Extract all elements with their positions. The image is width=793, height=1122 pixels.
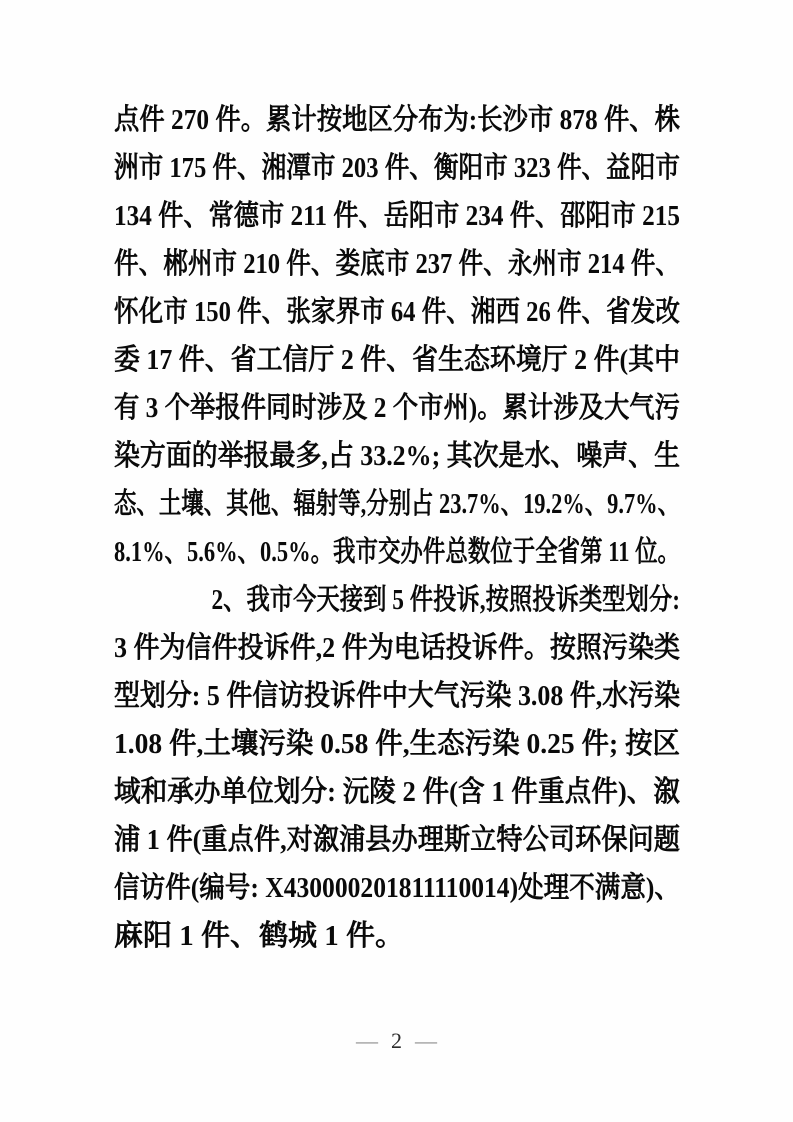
text-line-content: 委 17 件、省工信厅 2 件、省生态环境厅 2 件(其中 [114,336,680,384]
text-line: 信访件(编号: X430000201811110014)处理不满意)、 [114,864,680,912]
text-line: 型划分: 5 件信访投诉件中大气污染 3.08 件,水污染 [114,672,680,720]
text-line: 染方面的举报最多,占 33.2%; 其次是水、噪声、生 [114,432,680,480]
text-line-content: 134 件、常德市 211 件、岳阳市 234 件、邵阳市 215 [114,192,680,240]
text-line-content: 型划分: 5 件信访投诉件中大气污染 3.08 件,水污染 [114,672,680,720]
text-line: 134 件、常德市 211 件、岳阳市 234 件、邵阳市 215 [114,192,680,240]
text-line: 3 件为信件投诉件,2 件为电话投诉件。按照污染类 [114,624,680,672]
text-line-content: 浦 1 件(重点件,对溆浦县办理斯立特公司环保问题 [114,816,680,864]
page-footer: —2— [0,1026,793,1056]
text-line: 1.08 件,土壤污染 0.58 件,生态污染 0.25 件; 按区 [114,720,680,768]
text-line: 态、土壤、其他、辐射等,分别占 23.7%、19.2%、9.7%、 [114,480,680,528]
text-line-paragraph-start: 2、我市今天接到 5 件投诉,按照投诉类型划分: [114,576,680,624]
text-line: 洲市 175 件、湘潭市 203 件、衡阳市 323 件、益阳市 [114,144,680,192]
text-line: 浦 1 件(重点件,对溆浦县办理斯立特公司环保问题 [114,816,680,864]
text-line-content: 洲市 175 件、湘潭市 203 件、衡阳市 323 件、益阳市 [114,144,680,192]
document-body: 点件 270 件。累计按地区分布为:长沙市 878 件、株 洲市 175 件、湘… [114,96,680,960]
text-line-content: 态、土壤、其他、辐射等,分别占 23.7%、19.2%、9.7%、 [114,480,680,528]
text-line-content: 3 件为信件投诉件,2 件为电话投诉件。按照污染类 [114,624,680,672]
text-line-content: 域和承办单位划分: 沅陵 2 件(含 1 件重点件)、溆 [114,768,680,816]
text-line-content: 怀化市 150 件、张家界市 64 件、湘西 26 件、省发改 [114,288,680,336]
text-line: 委 17 件、省工信厅 2 件、省生态环境厅 2 件(其中 [114,336,680,384]
text-line: 点件 270 件。累计按地区分布为:长沙市 878 件、株 [114,96,680,144]
text-line-content: 信访件(编号: X430000201811110014)处理不满意)、 [114,864,680,912]
text-line: 8.1%、5.6%、0.5%。我市交办件总数位于全省第 11 位。 [114,528,680,576]
text-line: 件、郴州市 210 件、娄底市 237 件、永州市 214 件、 [114,240,680,288]
text-line: 域和承办单位划分: 沅陵 2 件(含 1 件重点件)、溆 [114,768,680,816]
text-line-content: 染方面的举报最多,占 33.2%; 其次是水、噪声、生 [114,432,680,480]
text-line-content: 点件 270 件。累计按地区分布为:长沙市 878 件、株 [114,96,680,144]
text-line: 有 3 个举报件同时涉及 2 个市州)。累计涉及大气污 [114,384,680,432]
footer-dash-right: — [415,1028,437,1053]
page-number: 2 [391,1028,402,1053]
text-line-content: 8.1%、5.6%、0.5%。我市交办件总数位于全省第 11 位。 [114,528,680,576]
text-line-content: 2、我市今天接到 5 件投诉,按照投诉类型划分: [168,576,680,624]
footer-dash-left: — [356,1028,378,1053]
document-page: 点件 270 件。累计按地区分布为:长沙市 878 件、株 洲市 175 件、湘… [0,0,793,1122]
text-line: 怀化市 150 件、张家界市 64 件、湘西 26 件、省发改 [114,288,680,336]
text-line-paragraph-end: 麻阳 1 件、鹤城 1 件。 [114,912,680,960]
text-line-content: 件、郴州市 210 件、娄底市 237 件、永州市 214 件、 [114,240,680,288]
text-line-content: 有 3 个举报件同时涉及 2 个市州)。累计涉及大气污 [114,384,680,432]
text-line-content: 1.08 件,土壤污染 0.58 件,生态污染 0.25 件; 按区 [114,720,680,768]
text-line-content: 麻阳 1 件、鹤城 1 件。 [114,912,404,960]
